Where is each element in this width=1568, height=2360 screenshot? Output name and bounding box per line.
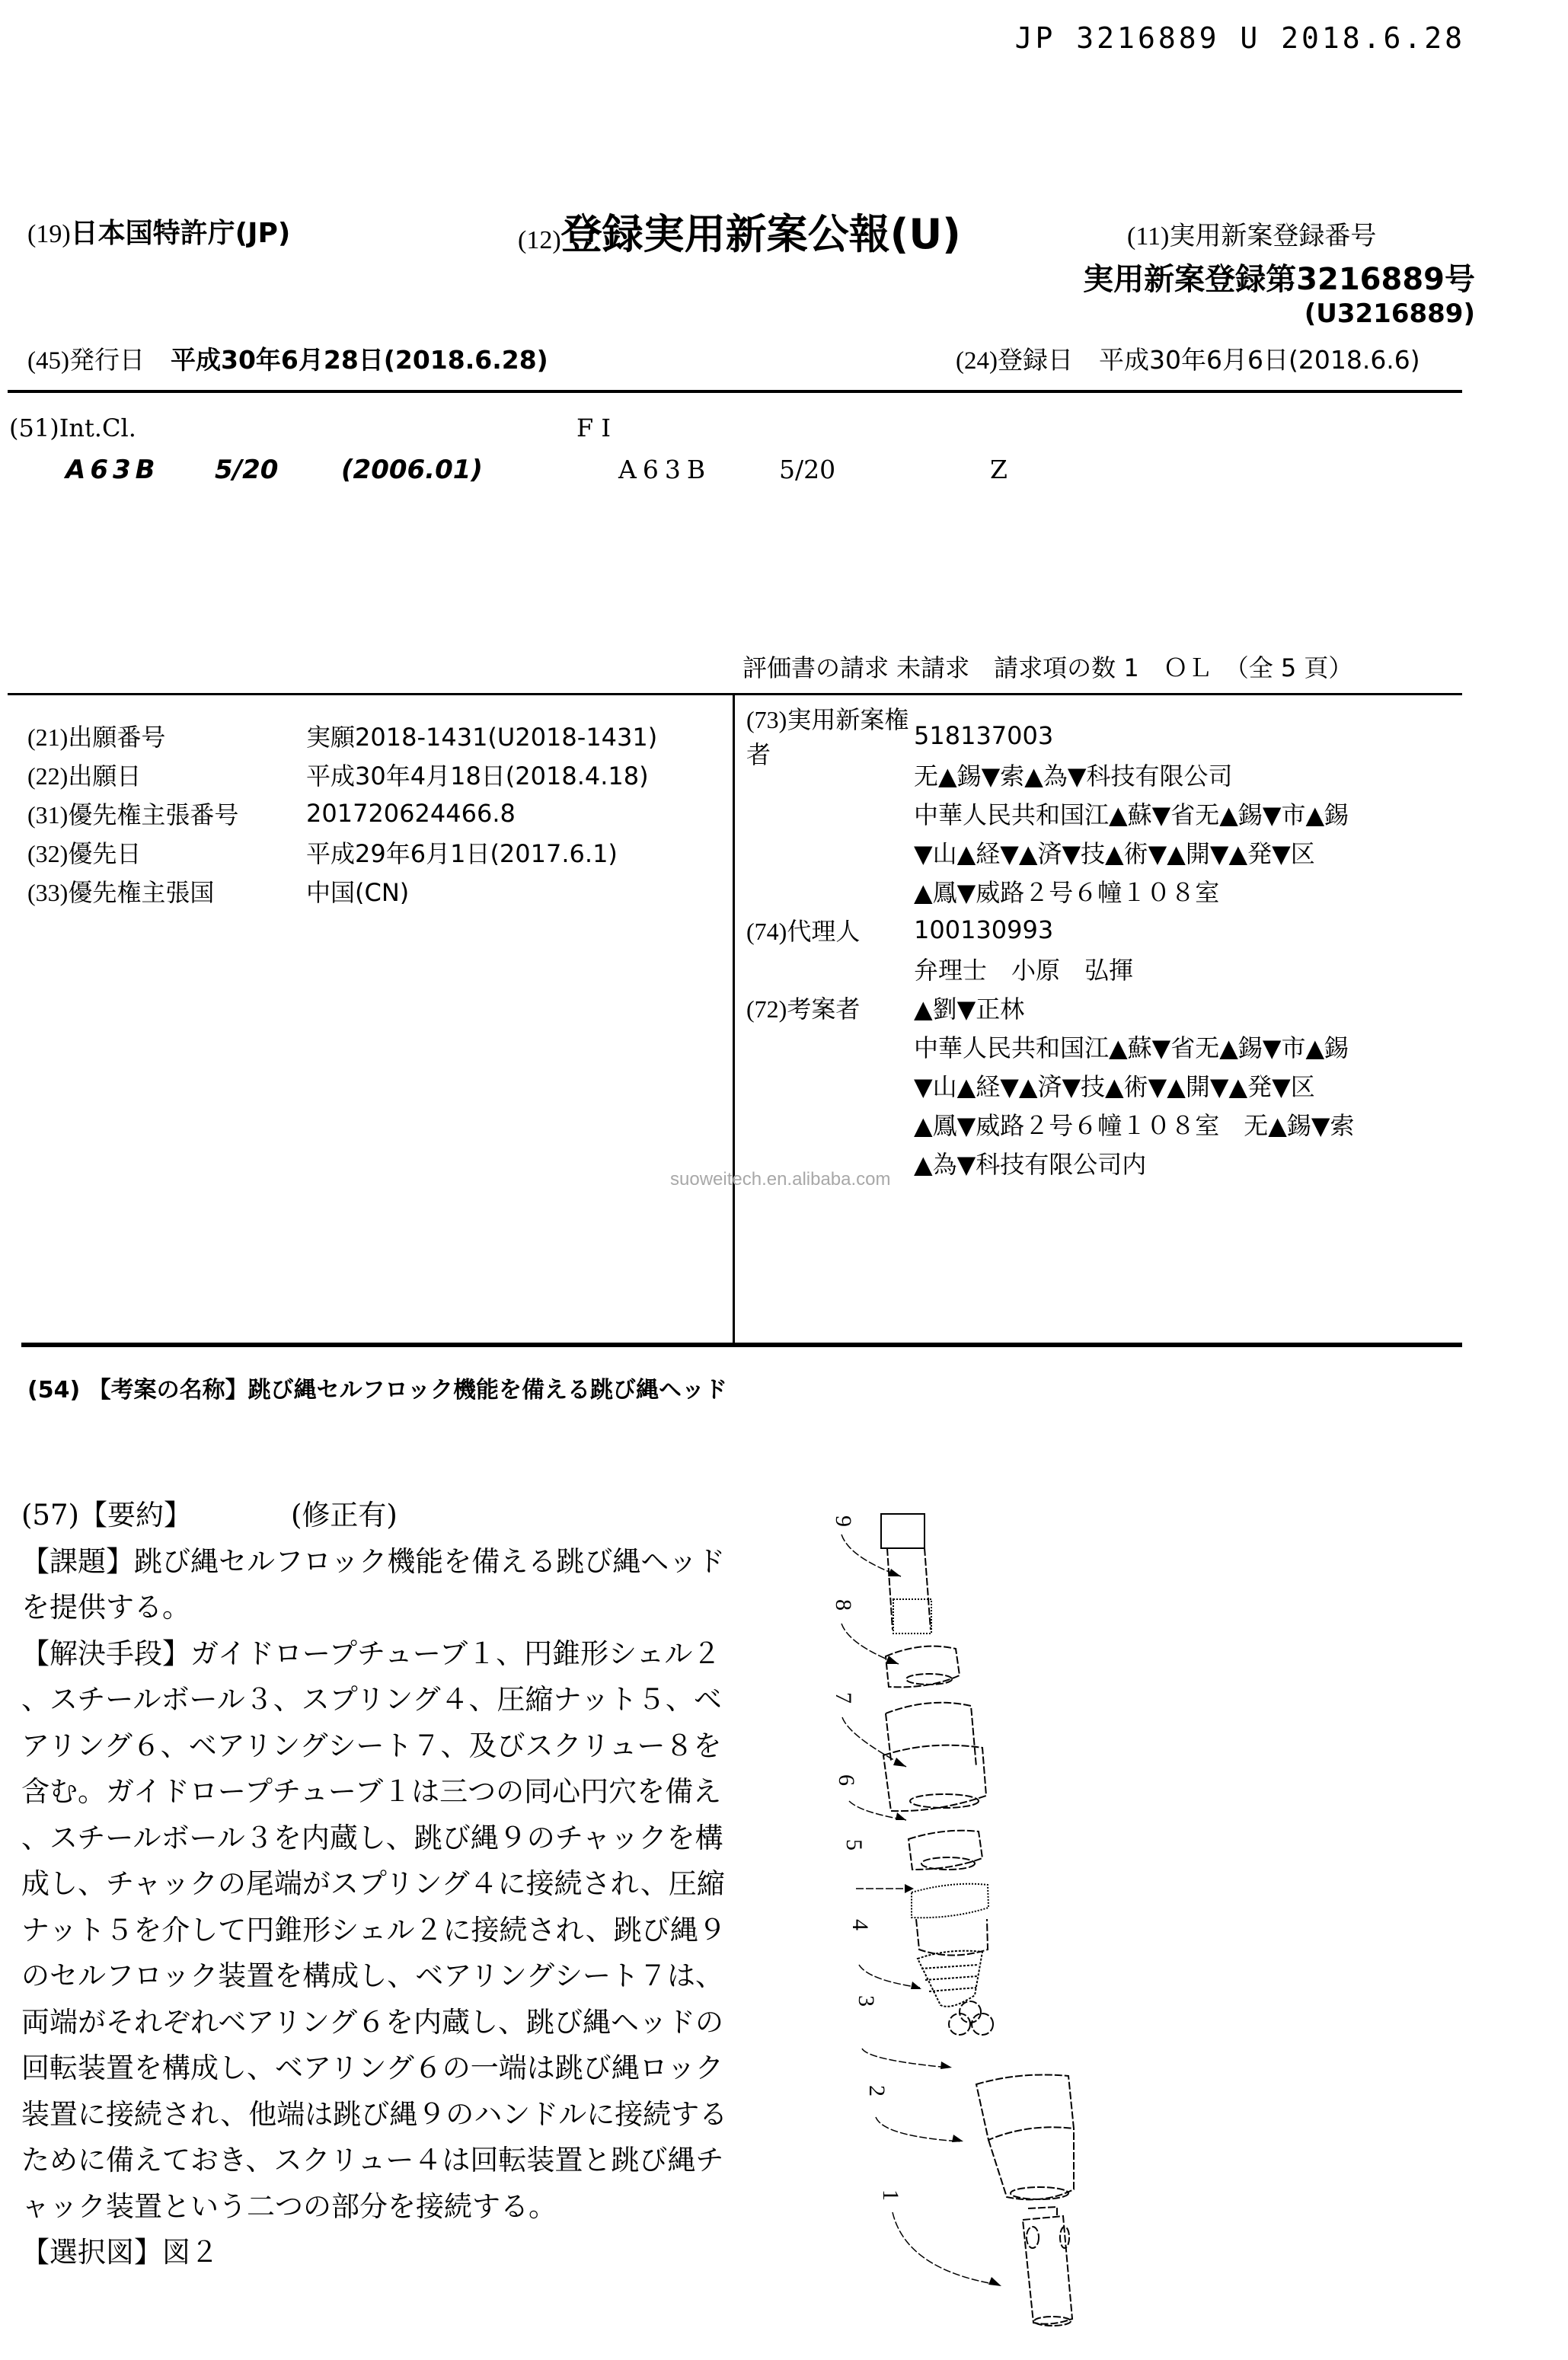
agent-name: 弁理士 小原 弘揮	[746, 949, 1354, 988]
field-code: (32)	[27, 840, 68, 867]
device-title: (54) 【考案の名称】跳び縄セルフロック機能を備える跳び縄ヘッド	[27, 1371, 727, 1404]
regno-code: (11)	[1127, 222, 1169, 251]
agent-code: (74)	[746, 918, 787, 945]
abstract-line: を提供する。	[21, 1585, 775, 1631]
part-label-3: 3	[854, 1995, 879, 2007]
selected-figure-line: 【選択図】図２	[21, 2230, 775, 2276]
kind-block: (12)登録実用新案公報(U)	[518, 202, 961, 260]
field-value: 中国(CN)	[306, 873, 409, 909]
issue-code: (45)	[27, 347, 69, 375]
abstract-line: 含む。ガイドロープチューブ１は三つの同心円穴を備え	[21, 1769, 775, 1816]
reg-label: 登録日	[998, 345, 1073, 375]
abstract-section: (57)【要約】(修正有) 【課題】跳び縄セルフロック機能を備える跳び縄ヘッド …	[21, 1493, 775, 2276]
field-label: 優先権主張国	[68, 878, 214, 907]
part-label-2: 2	[864, 2085, 889, 2097]
field-label: 優先日	[68, 839, 141, 868]
part-label-6: 6	[834, 1774, 859, 1786]
abstract-line: 両端がそれぞれベアリング６を内蔵し、跳び縄ヘッドの	[21, 2000, 775, 2046]
part-label-5: 5	[841, 1839, 867, 1851]
inventor-address-line: ▲鳳▼威路２号６幢１０８室 无▲錫▼索	[746, 1104, 1354, 1143]
fi-group: 5/20	[779, 455, 835, 484]
header-divider	[8, 390, 1462, 393]
issue-label: 発行日	[69, 345, 145, 375]
biblio-bottom-divider	[21, 1343, 1462, 1347]
part-label-8: 8	[831, 1599, 856, 1611]
part-label-1: 1	[878, 2189, 903, 2201]
office-block: (19)日本国特許庁(JP)	[27, 212, 290, 251]
holder-id: 518137003	[914, 721, 1053, 750]
publication-kind-title: 登録実用新案公報(U)	[561, 210, 961, 258]
part-4-spring-shape	[918, 1951, 982, 2007]
agent-label: 代理人	[787, 917, 860, 946]
biblio-item-priority-number: (31)優先権主張番号 201720624466.8	[27, 794, 657, 832]
reg-code: (24)	[956, 347, 998, 375]
abstract-line: 【解決手段】ガイドロープチューブ１、円錐形シェル２	[21, 1631, 775, 1678]
field-code: (31)	[27, 801, 68, 829]
fi-class: A63B	[618, 455, 711, 484]
part-label-7: 7	[831, 1692, 856, 1704]
field-value: 平成30年4月18日(2018.4.18)	[306, 757, 649, 792]
field-label: 優先権主張番号	[68, 800, 238, 829]
office-name: 日本国特許庁(JP)	[71, 218, 291, 249]
registration-number: 実用新案登録第3216889号	[1083, 255, 1475, 299]
abstract-line: 【課題】跳び縄セルフロック機能を備える跳び縄ヘッド	[21, 1539, 775, 1586]
reg-date: 平成30年6月6日(2018.6.6)	[1099, 345, 1420, 375]
intcl-code: (51)	[9, 414, 59, 442]
biblio-item-priority-date: (32)優先日 平成29年6月1日(2017.6.1)	[27, 832, 657, 871]
abstract-line: 、スチールボール３を内蔵し、跳び縄９のチャックを構	[21, 1816, 775, 1862]
biblio-column-divider	[733, 694, 735, 1343]
abstract-heading-row: (57)【要約】(修正有)	[21, 1493, 775, 1539]
office-code: (19)	[27, 220, 71, 248]
intcl-group: 5/20	[215, 455, 278, 485]
abstract-line: アリング６、ベアリングシート７、及びスクリュー８を	[21, 1723, 775, 1770]
field-code: (21)	[27, 723, 68, 751]
abstract-heading: (57)【要約】	[21, 1499, 192, 1531]
holder-row: (73)実用新案権者 518137003	[746, 716, 1354, 755]
watermark-text: suoweitech.en.alibaba.com	[670, 1169, 891, 1190]
abstract-line: ナット５を介して円錐形シェル２に接続され、跳び縄９	[21, 1908, 775, 1954]
part-5-compression-nut-shape	[912, 1884, 988, 1956]
registration-number-sub: (U3216889)	[1305, 299, 1475, 329]
examination-status-line: 評価書の請求 未請求 請求項の数 1 ＯＬ （全 5 頁）	[742, 649, 1352, 684]
agent-id: 100130993	[914, 915, 1053, 944]
document-id: JP 3216889 U 2018.6.28	[1015, 21, 1465, 55]
inventor-address-line: ▼山▲経▼▲済▼技▲術▼▲開▼▲発▼区	[746, 1065, 1354, 1104]
abstract-line: 成し、チャックの尾端がスプリング４に接続され、圧縮	[21, 1861, 775, 1908]
field-value: 201720624466.8	[306, 799, 516, 828]
field-value: 実願2018-1431(U2018-1431)	[306, 718, 657, 753]
registration-date-block: (24)登録日平成30年6月6日(2018.6.6)	[956, 340, 1420, 376]
holder-address-line: 中華人民共和国江▲蘇▼省无▲錫▼市▲錫	[746, 794, 1354, 832]
intcl-label: Int.Cl.	[59, 414, 136, 442]
part-1-guide-tube-shape	[1023, 2207, 1072, 2326]
holder-code: (73)	[746, 706, 787, 733]
agent-row: (74)代理人 100130993	[746, 910, 1354, 949]
intcl-version: (2006.01)	[341, 455, 483, 485]
kind-code: (12)	[518, 226, 561, 254]
field-value: 平成29年6月1日(2017.6.1)	[306, 835, 618, 870]
abstract-line: ために備えておき、スクリュー４は回転装置と跳び縄チ	[21, 2138, 775, 2184]
abstract-line: 装置に接続され、他端は跳び縄９のハンドルに接続する	[21, 2092, 775, 2138]
intcl-heading: (51)Int.Cl.	[9, 414, 136, 442]
inventor-code: (72)	[746, 995, 787, 1023]
part-6-bearing-shape	[909, 1831, 982, 1870]
part-label-9: 9	[831, 1515, 856, 1527]
part-2-conical-shell-shape	[976, 2074, 1074, 2199]
regno-label: 実用新案登録番号	[1169, 221, 1376, 251]
inventor-address-line: 中華人民共和国江▲蘇▼省无▲錫▼市▲錫	[746, 1027, 1354, 1065]
abstract-note: (修正有)	[291, 1499, 398, 1531]
abstract-line: 、スチールボール３、スプリング４、圧縮ナット５、ベ	[21, 1677, 775, 1723]
fi-suffix: Z	[990, 455, 1008, 484]
biblio-item-application-number: (21)出願番号 実願2018-1431(U2018-1431)	[27, 716, 657, 755]
field-label: 出願番号	[68, 723, 165, 752]
field-code: (22)	[27, 762, 68, 790]
biblio-top-divider	[8, 693, 1462, 695]
biblio-item-filing-date: (22)出願日 平成30年4月18日(2018.4.18)	[27, 755, 657, 794]
field-label: 出願日	[68, 762, 141, 790]
holder-address-line: ▲鳳▼威路２号６幢１０８室	[746, 871, 1354, 910]
issue-date-block: (45)発行日平成30年6月28日(2018.6.28)	[27, 340, 548, 376]
part-9-rope-shape	[881, 1514, 931, 1633]
biblio-left-column: (21)出願番号 実願2018-1431(U2018-1431) (22)出願日…	[27, 716, 657, 910]
inventor-label: 考案者	[787, 995, 860, 1024]
intcl-class: A63B	[65, 455, 160, 485]
regno-label-block: (11)実用新案登録番号	[1127, 215, 1376, 252]
inventor-name: ▲劉▼正林	[914, 990, 1024, 1025]
biblio-item-priority-country: (33)優先権主張国 中国(CN)	[27, 871, 657, 910]
part-8-ring-shape	[886, 1646, 960, 1688]
part-label-4: 4	[848, 1919, 873, 1930]
biblio-right-column: (73)実用新案権者 518137003 无▲錫▼索▲為▼科技有限公司 中華人民…	[746, 716, 1354, 1182]
abstract-line: 回転装置を構成し、ベアリング６の一端は跳び縄ロック	[21, 2045, 775, 2092]
holder-address-line: ▼山▲経▼▲済▼技▲術▼▲開▼▲発▼区	[746, 832, 1354, 871]
field-code: (33)	[27, 879, 68, 906]
abstract-line: のセルフロック装置を構成し、ベアリングシート７は、	[21, 1953, 775, 2000]
inventor-row: (72)考案者 ▲劉▼正林	[746, 988, 1354, 1027]
exploded-assembly-drawing: 9 8 7 6 5 4 3 2 1	[807, 1493, 1112, 2360]
abstract-line: ャック装置という二つの部分を接続する。	[21, 2184, 775, 2231]
fi-label: F I	[576, 414, 611, 442]
part-3-steel-balls-shape	[949, 2001, 993, 2035]
arrowheads	[886, 1569, 1001, 2286]
issue-date: 平成30年6月28日(2018.6.28)	[171, 345, 548, 375]
part-7-bearing-seat-shape	[883, 1703, 986, 1811]
